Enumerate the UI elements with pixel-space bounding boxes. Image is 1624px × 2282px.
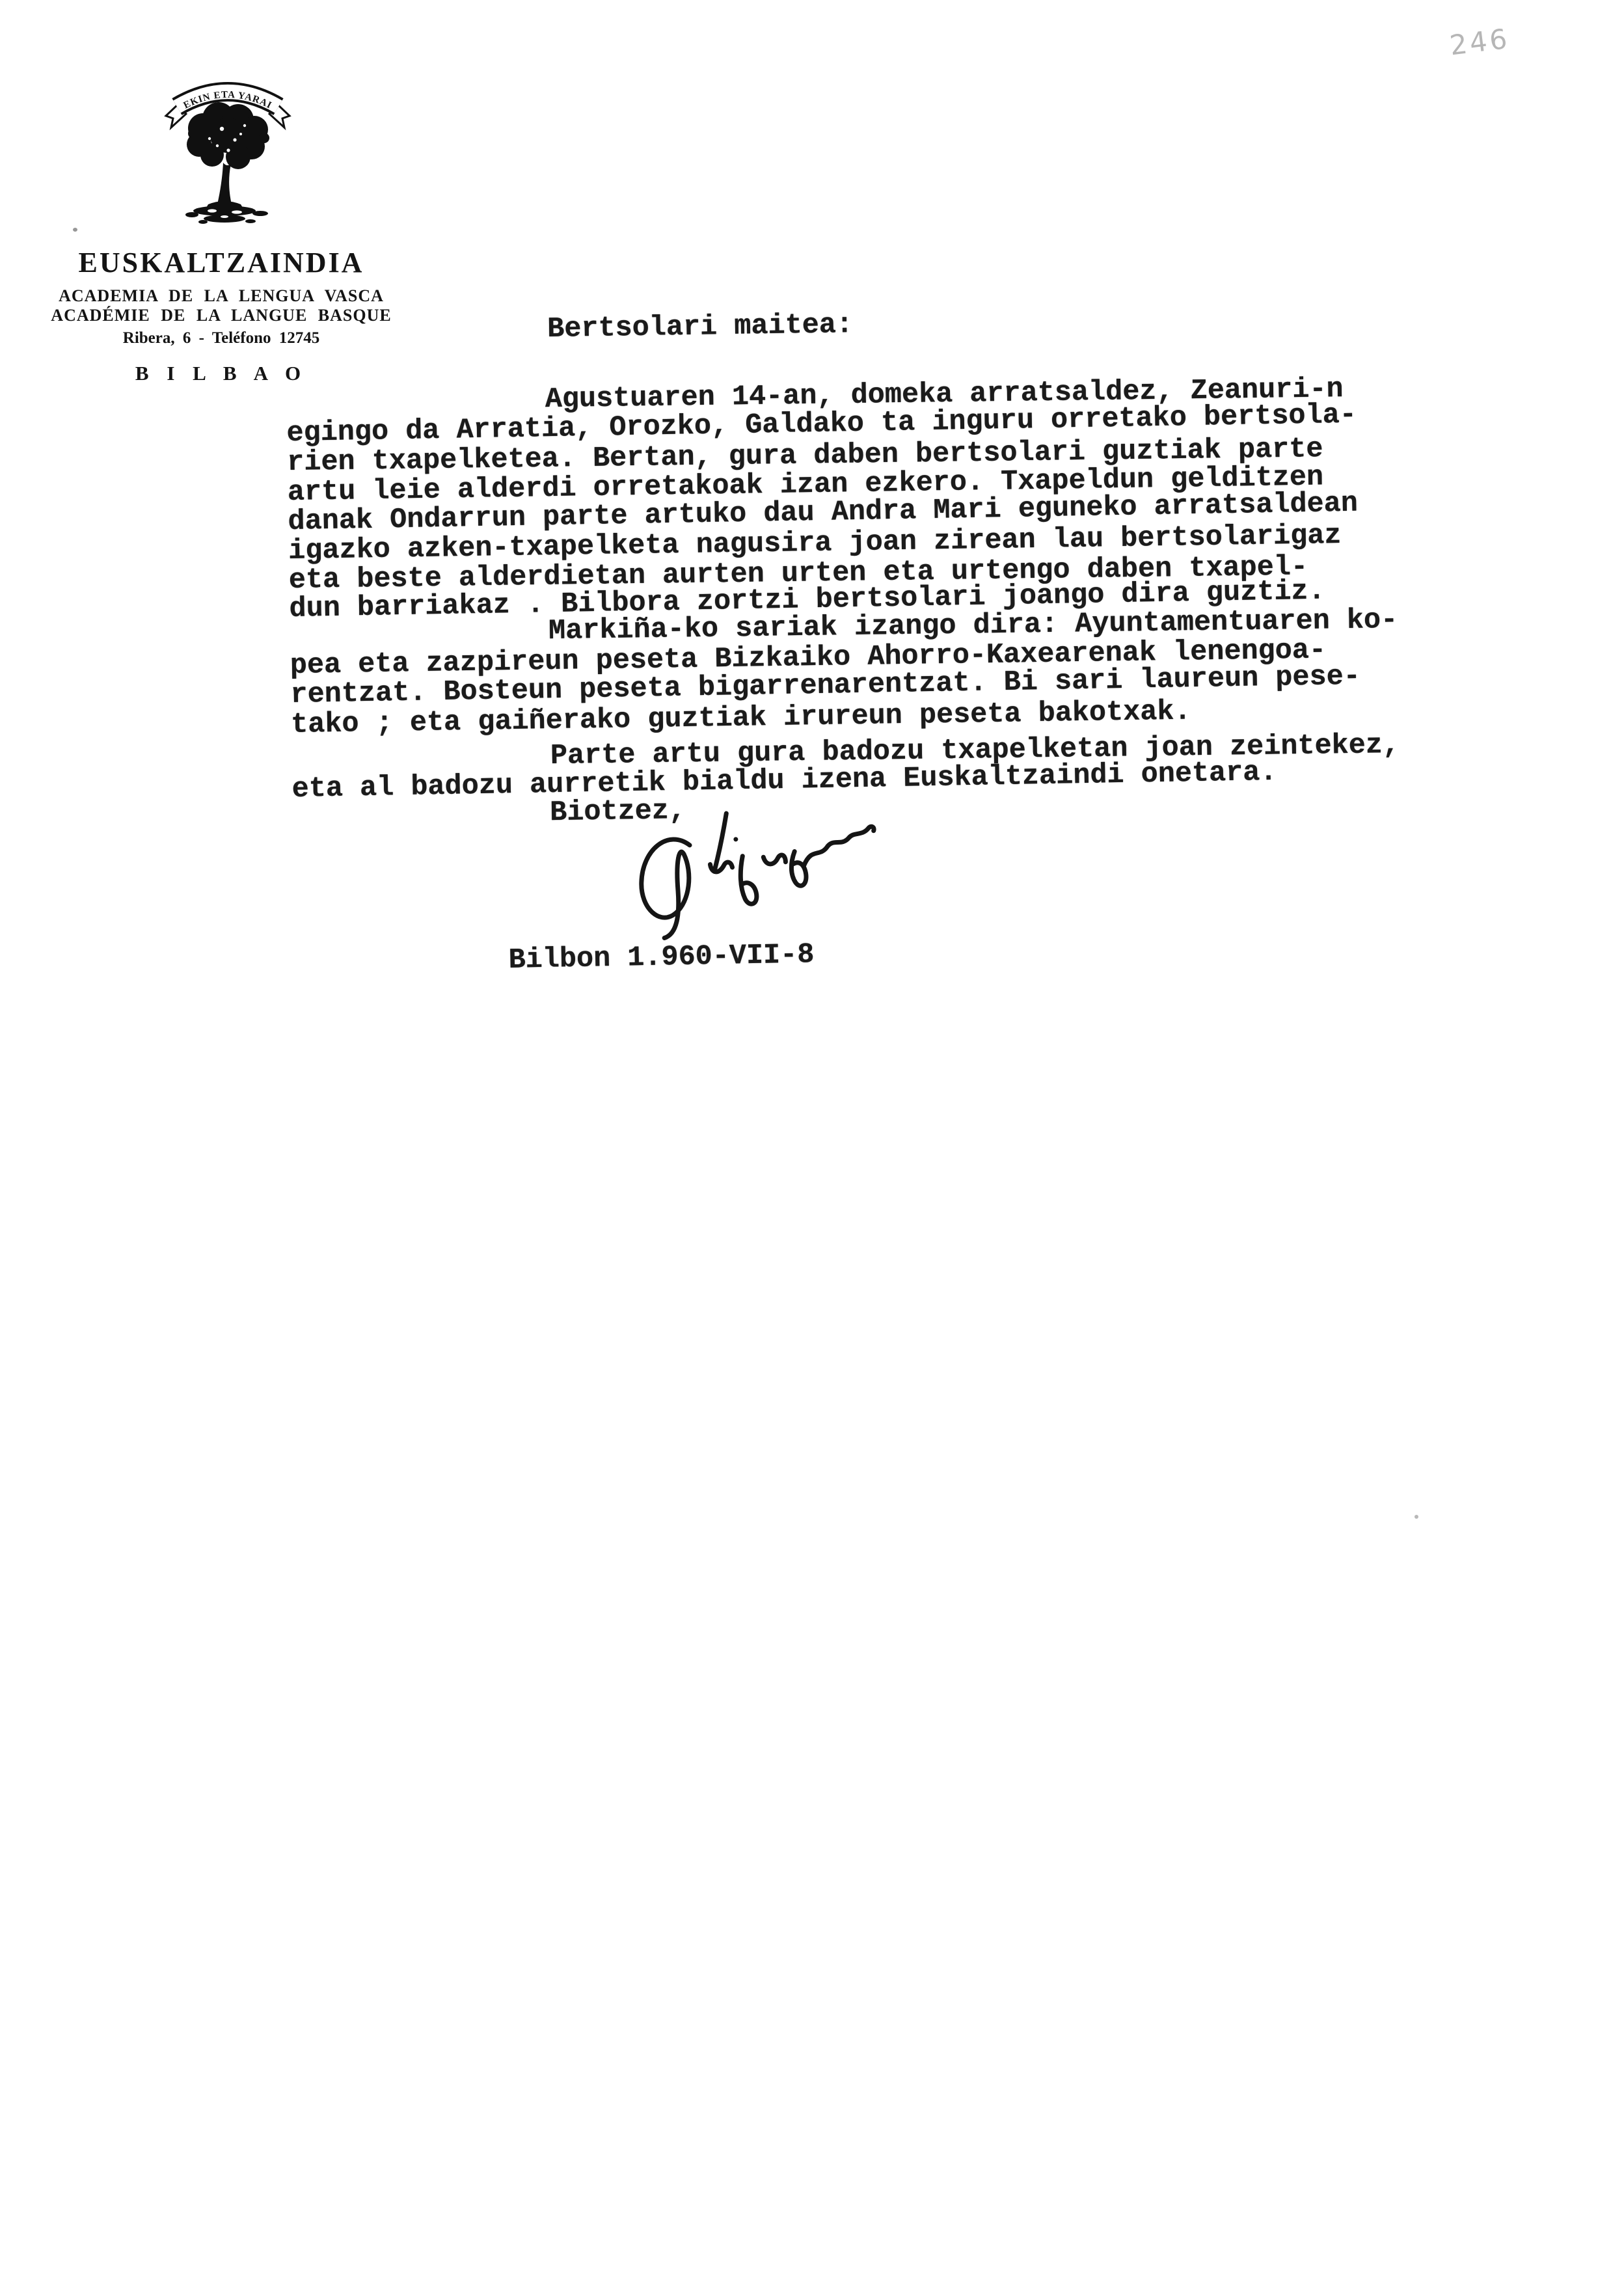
handwritten-signature [614, 801, 941, 955]
ink-speck [73, 228, 77, 232]
salutation: Bertsolari maitea: [547, 310, 854, 344]
body-line: eta al badozu aurretik bialdu izena Eusk… [291, 758, 1277, 804]
scanned-letter-page: 246 [0, 0, 1624, 2282]
date-line: Bilbon 1.960-VII-8 [508, 940, 815, 975]
typed-letter-body: Bertsolari maitea: Agustuaren 14-an, dom… [0, 0, 1624, 2282]
ink-speck [1414, 1515, 1418, 1519]
